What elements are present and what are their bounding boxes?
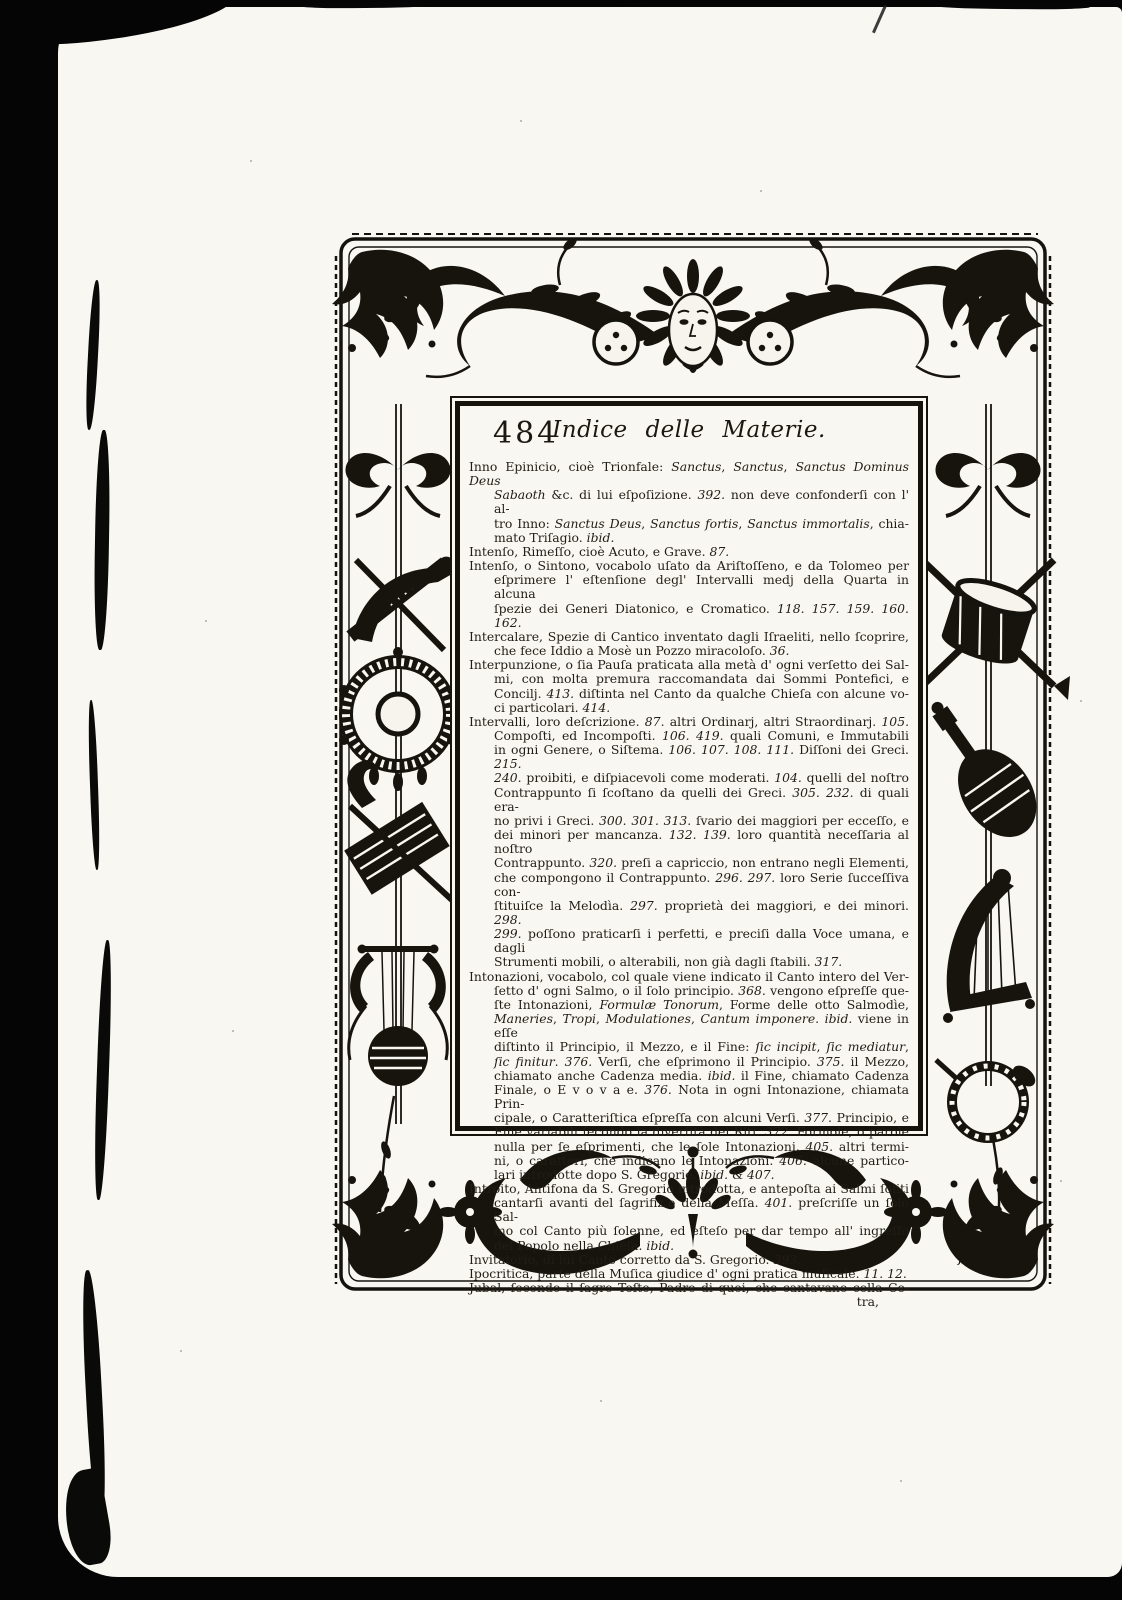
index-entry: Intenſo, Rimeſſo, cioè Acuto, e Grave. 8… — [469, 545, 909, 559]
index-entry: Jubal, ſecondo il ſagro Teſto, Padre di … — [469, 1281, 909, 1309]
index-entry: Introito, Antifona da S. Gregorio introd… — [469, 1182, 909, 1253]
index-line: Sabaoth &c. di lui eſpoſizione. 392. non… — [469, 488, 909, 516]
text-frame: 484 Indice delle Materie. Inno Epinicio,… — [450, 396, 928, 1136]
index-line: Interpunzione, o ſia Pauſa praticata all… — [469, 658, 909, 672]
index-line: 299. poſſono praticarſi i perfetti, e pr… — [469, 927, 909, 955]
index-entries: Inno Epinicio, cioè Trionfale: Sanctus, … — [469, 460, 909, 1309]
index-line: ſetto d' ogni Salmo, o il ſolo principio… — [469, 984, 909, 998]
index-line: Contrappunto. 320. preſi a capriccio, no… — [469, 856, 909, 870]
index-line: Intenſo, Rimeſſo, cioè Acuto, e Grave. 8… — [469, 545, 909, 559]
index-line: Inno Epinicio, cioè Trionfale: Sanctus, … — [469, 460, 909, 488]
index-line: Intonazioni, vocabolo, col quale viene i… — [469, 970, 909, 984]
index-line: Ipocritica, parte della Muſica giudice d… — [469, 1267, 909, 1281]
index-line: Maneries, Tropi, Modulationes, Cantum im… — [469, 1012, 909, 1040]
lyre-icon — [349, 945, 448, 1087]
index-line: nulla per ſe eſprimenti, che le ſole Int… — [469, 1140, 909, 1154]
index-line: ni, o caratteri, che indicano le Intonaz… — [469, 1154, 909, 1168]
index-line: Intercalare, Spezie di Cantico inventato… — [469, 630, 909, 644]
index-line: Jubal, ſecondo il ſagro Teſto, Padre di … — [469, 1281, 909, 1295]
index-line: no privi i Greci. 300. 301. 313. ſvario … — [469, 814, 909, 828]
index-line: diſtinto il Principio, il Mezzo, e il Fi… — [469, 1040, 909, 1054]
index-line: cantarſi avanti del ſagrifiz.o della Meſ… — [469, 1196, 909, 1224]
index-line: Fine variabili ſecondo la diverſità dei … — [469, 1125, 909, 1139]
index-line: 240. proibiti, e diſpiacevoli come moder… — [469, 771, 909, 785]
index-entry: Ipocritica, parte della Muſica giudice d… — [469, 1267, 909, 1281]
page-title: Indice delle Materie. — [469, 417, 909, 443]
index-line: che fece Iddio a Mosè un Pozzo miracoloſ… — [469, 644, 909, 658]
index-entry: Invitatorio, di lui Canto corretto da S.… — [469, 1253, 909, 1267]
ribbon-bow-icon — [345, 453, 450, 516]
index-line: ci particolari. 414. — [469, 701, 909, 715]
scan-canvas: 484 Indice delle Materie. Inno Epinicio,… — [0, 0, 1122, 1600]
text-frame-thick-rule: 484 Indice delle Materie. Inno Epinicio,… — [455, 401, 923, 1131]
ribbon-bow-icon — [935, 453, 1040, 516]
index-line: Finale, o E v o v a e. 376. Nota in ogni… — [469, 1083, 909, 1111]
index-line: ſte Intonazioni, Formulæ Tonorum, Forme … — [469, 998, 909, 1012]
index-line: mi, con molta premura raccomandata dai S… — [469, 672, 909, 686]
index-line: che compongono il Contrappunto. 296. 297… — [469, 871, 909, 899]
hunting-horn-icon — [936, 1060, 1039, 1138]
scanned-book-page: { "colors": { "paper": "#f8f7f2", "ink":… — [0, 0, 1122, 1600]
index-line: cipale, o Caratteriſtica eſpreſſa con al… — [469, 1111, 909, 1125]
horn-flute-icon — [346, 553, 461, 650]
signature-mark: f 2. — [958, 1248, 987, 1266]
mask-icon — [636, 259, 750, 373]
index-line: del Popolo nella Chieſa. ibid. — [469, 1239, 909, 1253]
index-entry: Interpunzione, o ſia Pauſa praticata all… — [469, 658, 909, 715]
index-line: ſic finitur. 376. Verſi, che eſprimono i… — [469, 1055, 909, 1069]
index-line: dei minori per mancanza. 132. 139. loro … — [469, 828, 909, 856]
index-line: tra, — [469, 1295, 909, 1309]
index-entry: Intercalare, Spezie di Cantico inventato… — [469, 630, 909, 658]
index-line: Intervalli, loro deſcrizione. 87. altri … — [469, 715, 909, 729]
index-line: Compoſti, ed Incompoſti. 106. 419. quali… — [469, 729, 909, 743]
lute-icon — [906, 683, 1052, 851]
index-line: Concilj. 413. diſtinta nel Canto da qual… — [469, 687, 909, 701]
harp-icon — [943, 869, 1035, 1023]
index-line: Strumenti mobili, o alterabili, non già … — [469, 955, 909, 969]
index-entry: Inno Epinicio, cioè Trionfale: Sanctus, … — [469, 460, 909, 545]
index-line: ſpezie dei Generi Diatonico, e Cromatico… — [469, 602, 909, 630]
top-ornament — [407, 236, 980, 377]
index-entry: Intonazioni, vocabolo, col quale viene i… — [469, 970, 909, 1182]
index-entry: Intenſo, o Sintono, vocabolo uſato da Ar… — [469, 559, 909, 630]
index-line: lari introdotte dopo S. Gregorio. ibid. … — [469, 1168, 909, 1182]
index-line: Contrappunto ſi ſcoſtano da quelli dei G… — [469, 786, 909, 814]
index-line: mato Triſagio. ibid. — [469, 531, 909, 545]
index-line: chiamato anche Cadenza media. ibid. il F… — [469, 1069, 909, 1083]
index-line: ſtituiſce la Melodìa. 297. proprietà dei… — [469, 899, 909, 927]
text-frame-content: 484 Indice delle Materie. Inno Epinicio,… — [469, 408, 909, 1124]
index-line: eſprimere l' eſtenſione degl' Intervalli… — [469, 573, 909, 601]
left-instrument-trophy — [339, 404, 461, 1212]
index-line: tro Inno: Sanctus Deus, Sanctus fortis, … — [469, 517, 909, 531]
index-line: Intenſo, o Sintono, vocabolo uſato da Ar… — [469, 559, 909, 573]
index-line: Introito, Antifona da S. Gregorio introd… — [469, 1182, 909, 1196]
index-entry: Intervalli, loro deſcrizione. 87. altri … — [469, 715, 909, 970]
index-line: in ogni Genere, o Siſtema. 106. 107. 108… — [469, 743, 909, 771]
index-line: mo col Canto più ſolenne, ed eſteſo per … — [469, 1224, 909, 1238]
page-header: 484 Indice delle Materie. — [469, 414, 909, 452]
index-line: Invitatorio, di lui Canto corretto da S.… — [469, 1253, 909, 1267]
